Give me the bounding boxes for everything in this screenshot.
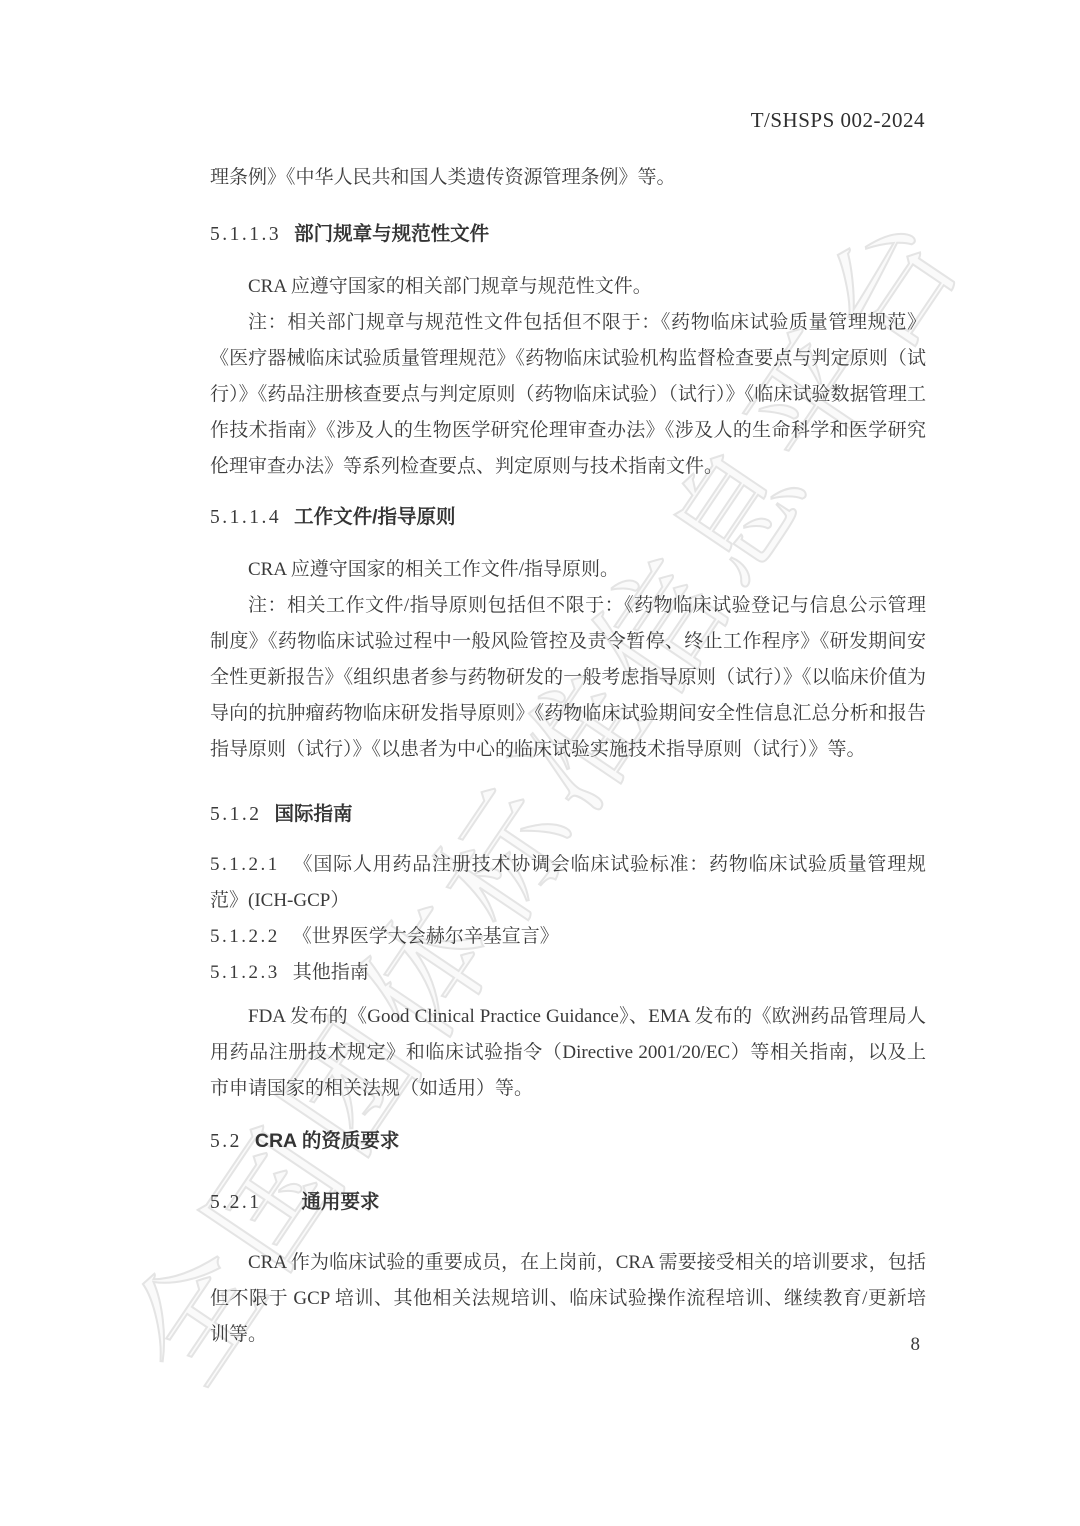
clause-number: 5.1.2.1 (210, 854, 280, 875)
heading-number: 5.1.1.3 (210, 224, 281, 245)
document-body: 理条例》《中华人民共和国人类遗传资源管理条例》等。 5.1.1.3部门规章与规范… (210, 160, 926, 1353)
document-page: 全国团体标准信息平台 T/SHSPS 002-2024 理条例》《中华人民共和国… (0, 0, 1080, 1526)
paragraph: CRA 作为临床试验的重要成员，在上岗前，CRA 需要接受相关的培训要求，包括但… (210, 1245, 926, 1353)
heading-number: 5.1.2 (210, 804, 262, 825)
heading-5-1-1-4: 5.1.1.4工作文件/指导原则 (210, 499, 926, 536)
heading-5-1-1-3: 5.1.1.3部门规章与规范性文件 (210, 216, 926, 253)
heading-5-2-1: 5.2.1通用要求 (210, 1184, 926, 1221)
clause-text: 其他指南 (293, 962, 369, 983)
header-standard-code: T/SHSPS 002-2024 (751, 108, 925, 133)
heading-number: 5.2.1 (210, 1192, 262, 1213)
note-paragraph: 注：相关工作文件/指导原则包括但不限于：《药物临床试验登记与信息公示管理制度》《… (210, 588, 926, 768)
heading-text: 工作文件/指导原则 (294, 506, 455, 528)
paragraph: CRA 应遵守国家的相关部门规章与规范性文件。 (210, 269, 926, 305)
heading-5-1-2: 5.1.2国际指南 (210, 796, 926, 833)
heading-text: CRA 的资质要求 (255, 1130, 399, 1152)
paragraph: CRA 应遵守国家的相关工作文件/指导原则。 (210, 552, 926, 588)
heading-5-2: 5.2CRA 的资质要求 (210, 1123, 926, 1160)
clause-item-5-1-2-3: 5.1.2.3其他指南 (210, 955, 926, 991)
clause-item-5-1-2-1: 5.1.2.1《国际人用药品注册技术协调会临床试验标准：药物临床试验质量管理规范… (210, 847, 926, 919)
clause-number: 5.1.2.3 (210, 962, 280, 983)
clause-number: 5.1.2.2 (210, 926, 280, 947)
paragraph-continuation: 理条例》《中华人民共和国人类遗传资源管理条例》等。 (210, 160, 926, 196)
clause-item-5-1-2-2: 5.1.2.2《世界医学大会赫尔辛基宣言》 (210, 919, 926, 955)
note-paragraph: 注：相关部门规章与规范性文件包括但不限于：《药物临床试验质量管理规范》《医疗器械… (210, 305, 926, 485)
heading-text: 国际指南 (275, 803, 353, 825)
paragraph: FDA 发布的《Good Clinical Practice Guidance》… (210, 999, 926, 1107)
clause-text: 《世界医学大会赫尔辛基宣言》 (293, 926, 559, 947)
page-number: 8 (911, 1334, 921, 1356)
heading-text: 通用要求 (302, 1191, 380, 1213)
heading-number: 5.1.1.4 (210, 507, 281, 528)
heading-text: 部门规章与规范性文件 (294, 223, 489, 245)
clause-text: 《国际人用药品注册技术协调会临床试验标准：药物临床试验质量管理规范》(ICH-G… (210, 854, 926, 911)
heading-number: 5.2 (210, 1131, 242, 1152)
